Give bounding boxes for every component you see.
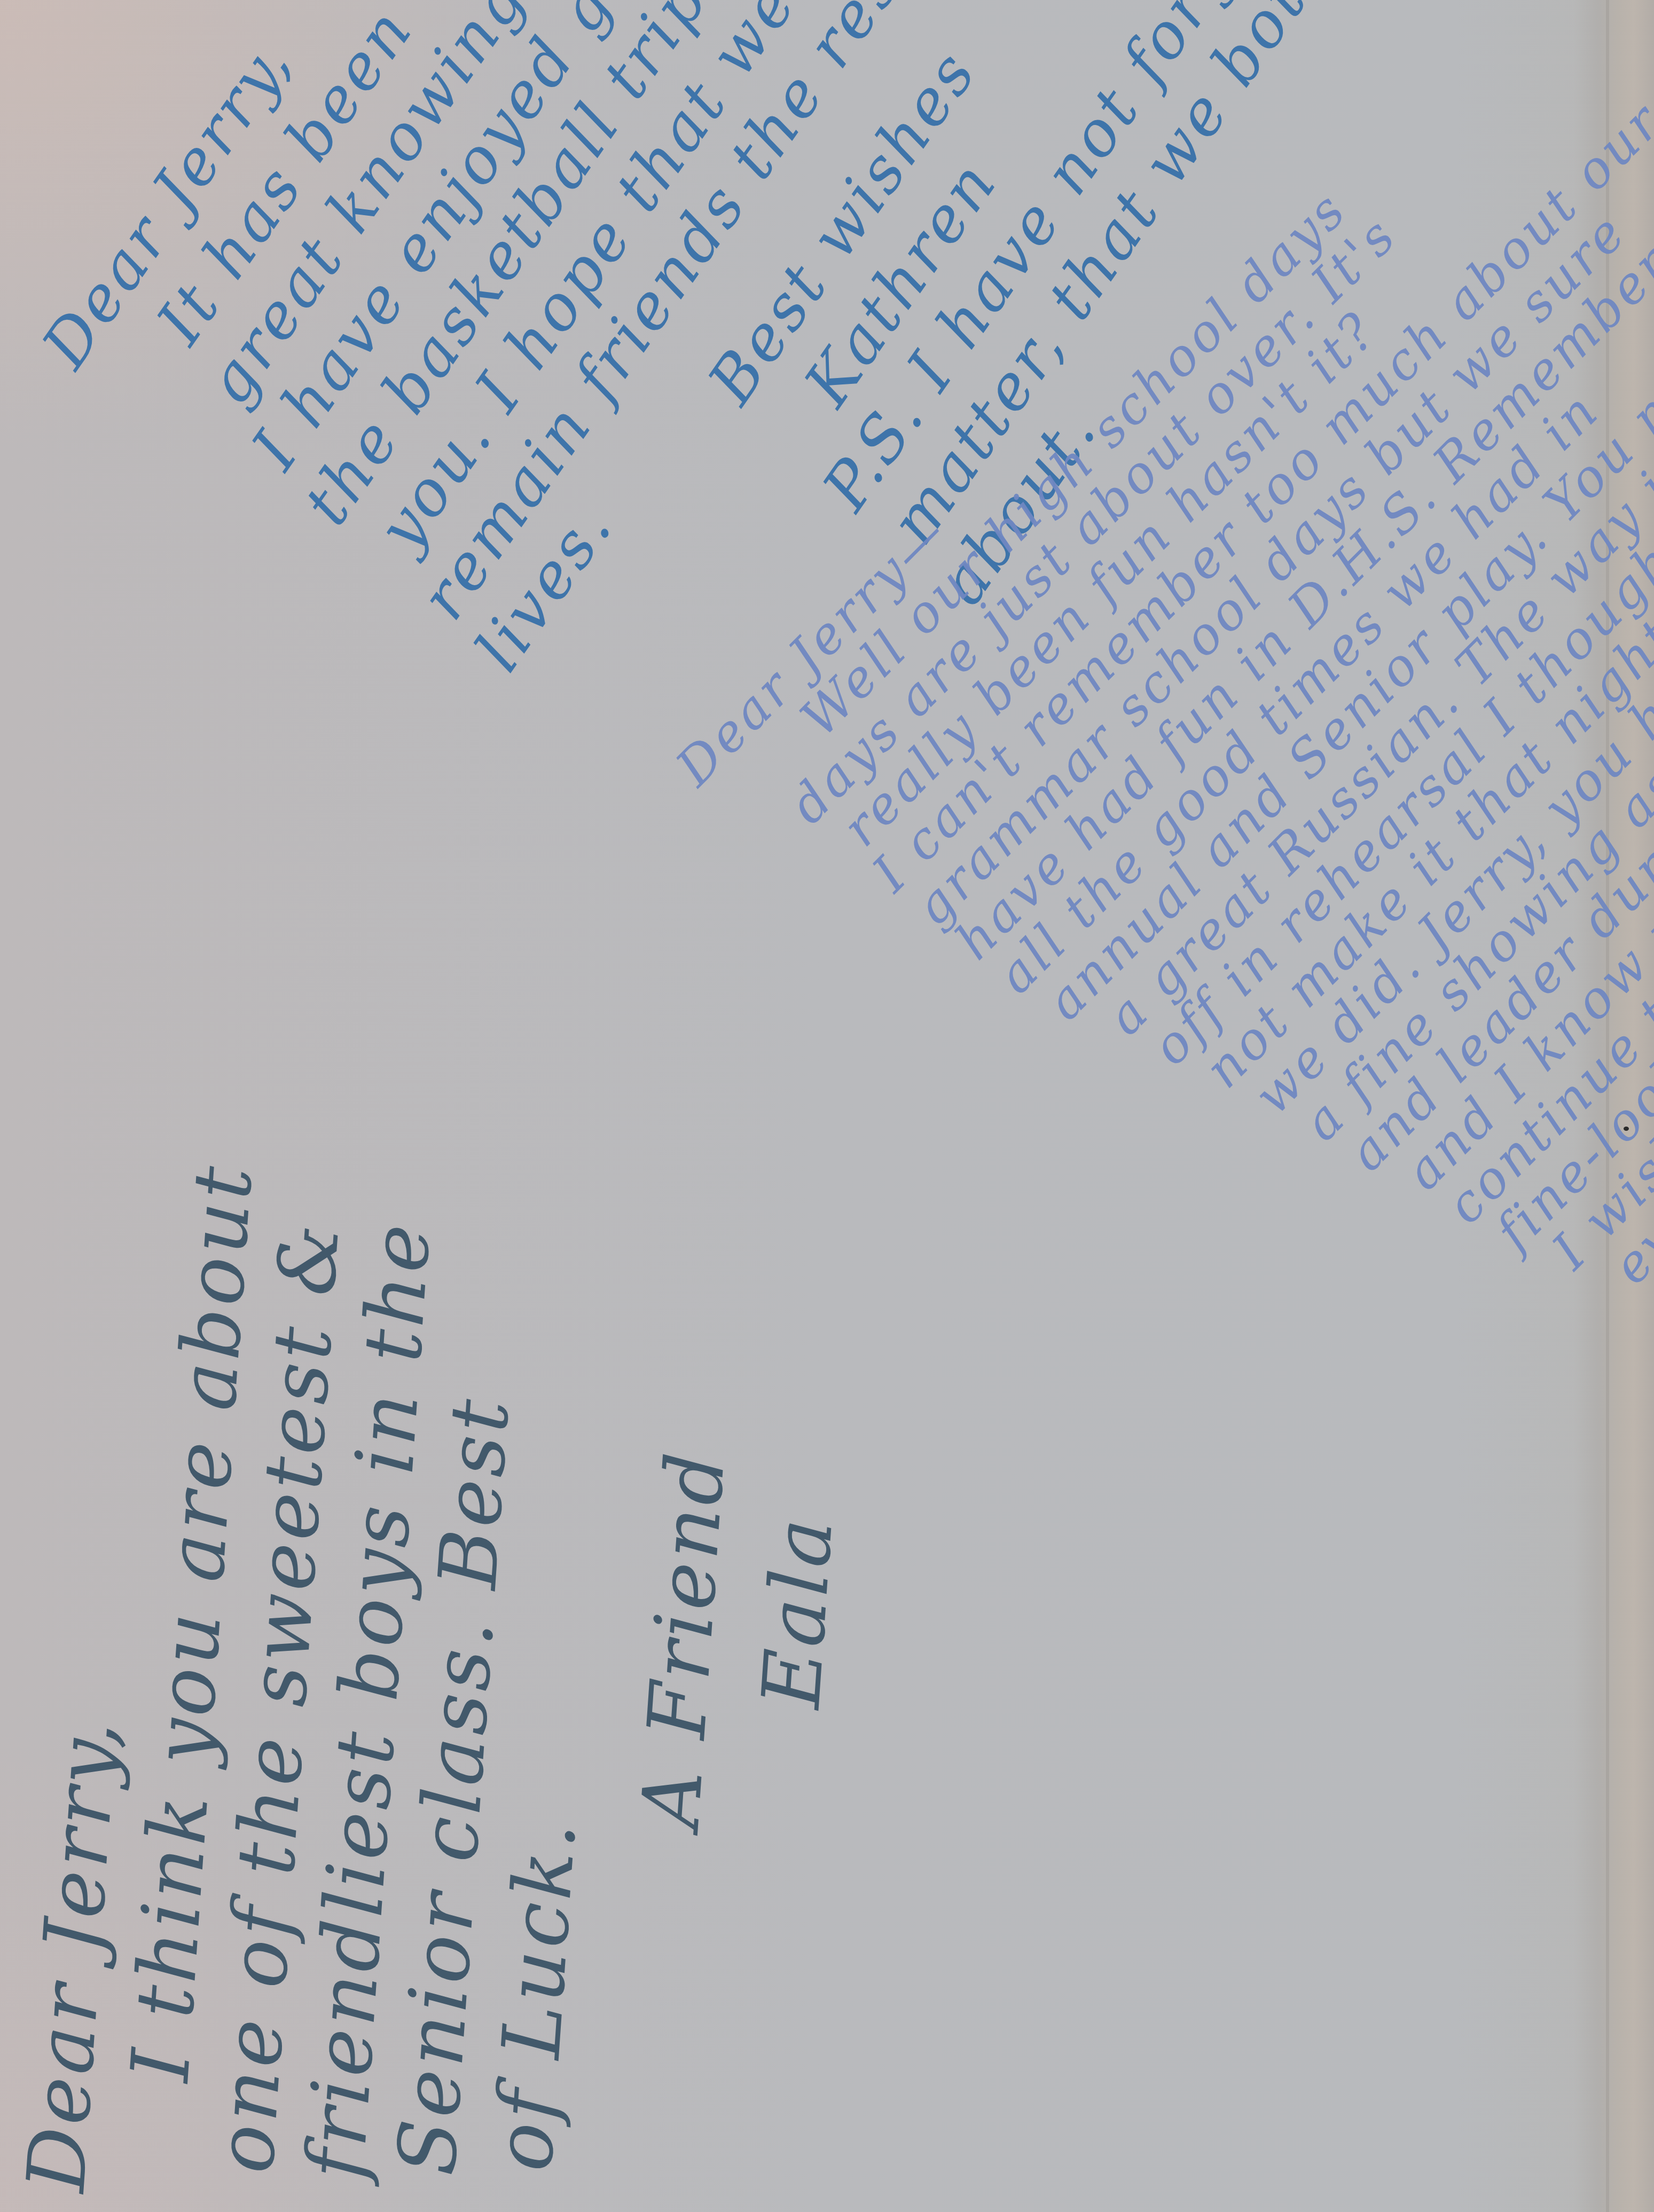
note-line: Dear Jerry,	[16, 1715, 129, 2194]
note-signature: Eala	[751, 1513, 845, 1711]
ink-speck	[1624, 1127, 1629, 1131]
note-line: of Luck.	[483, 1816, 588, 2174]
note-closing: A Friend	[631, 1447, 737, 1831]
yearbook-page: Dear Jerry, It has been great knowing yo…	[0, 0, 1654, 2212]
